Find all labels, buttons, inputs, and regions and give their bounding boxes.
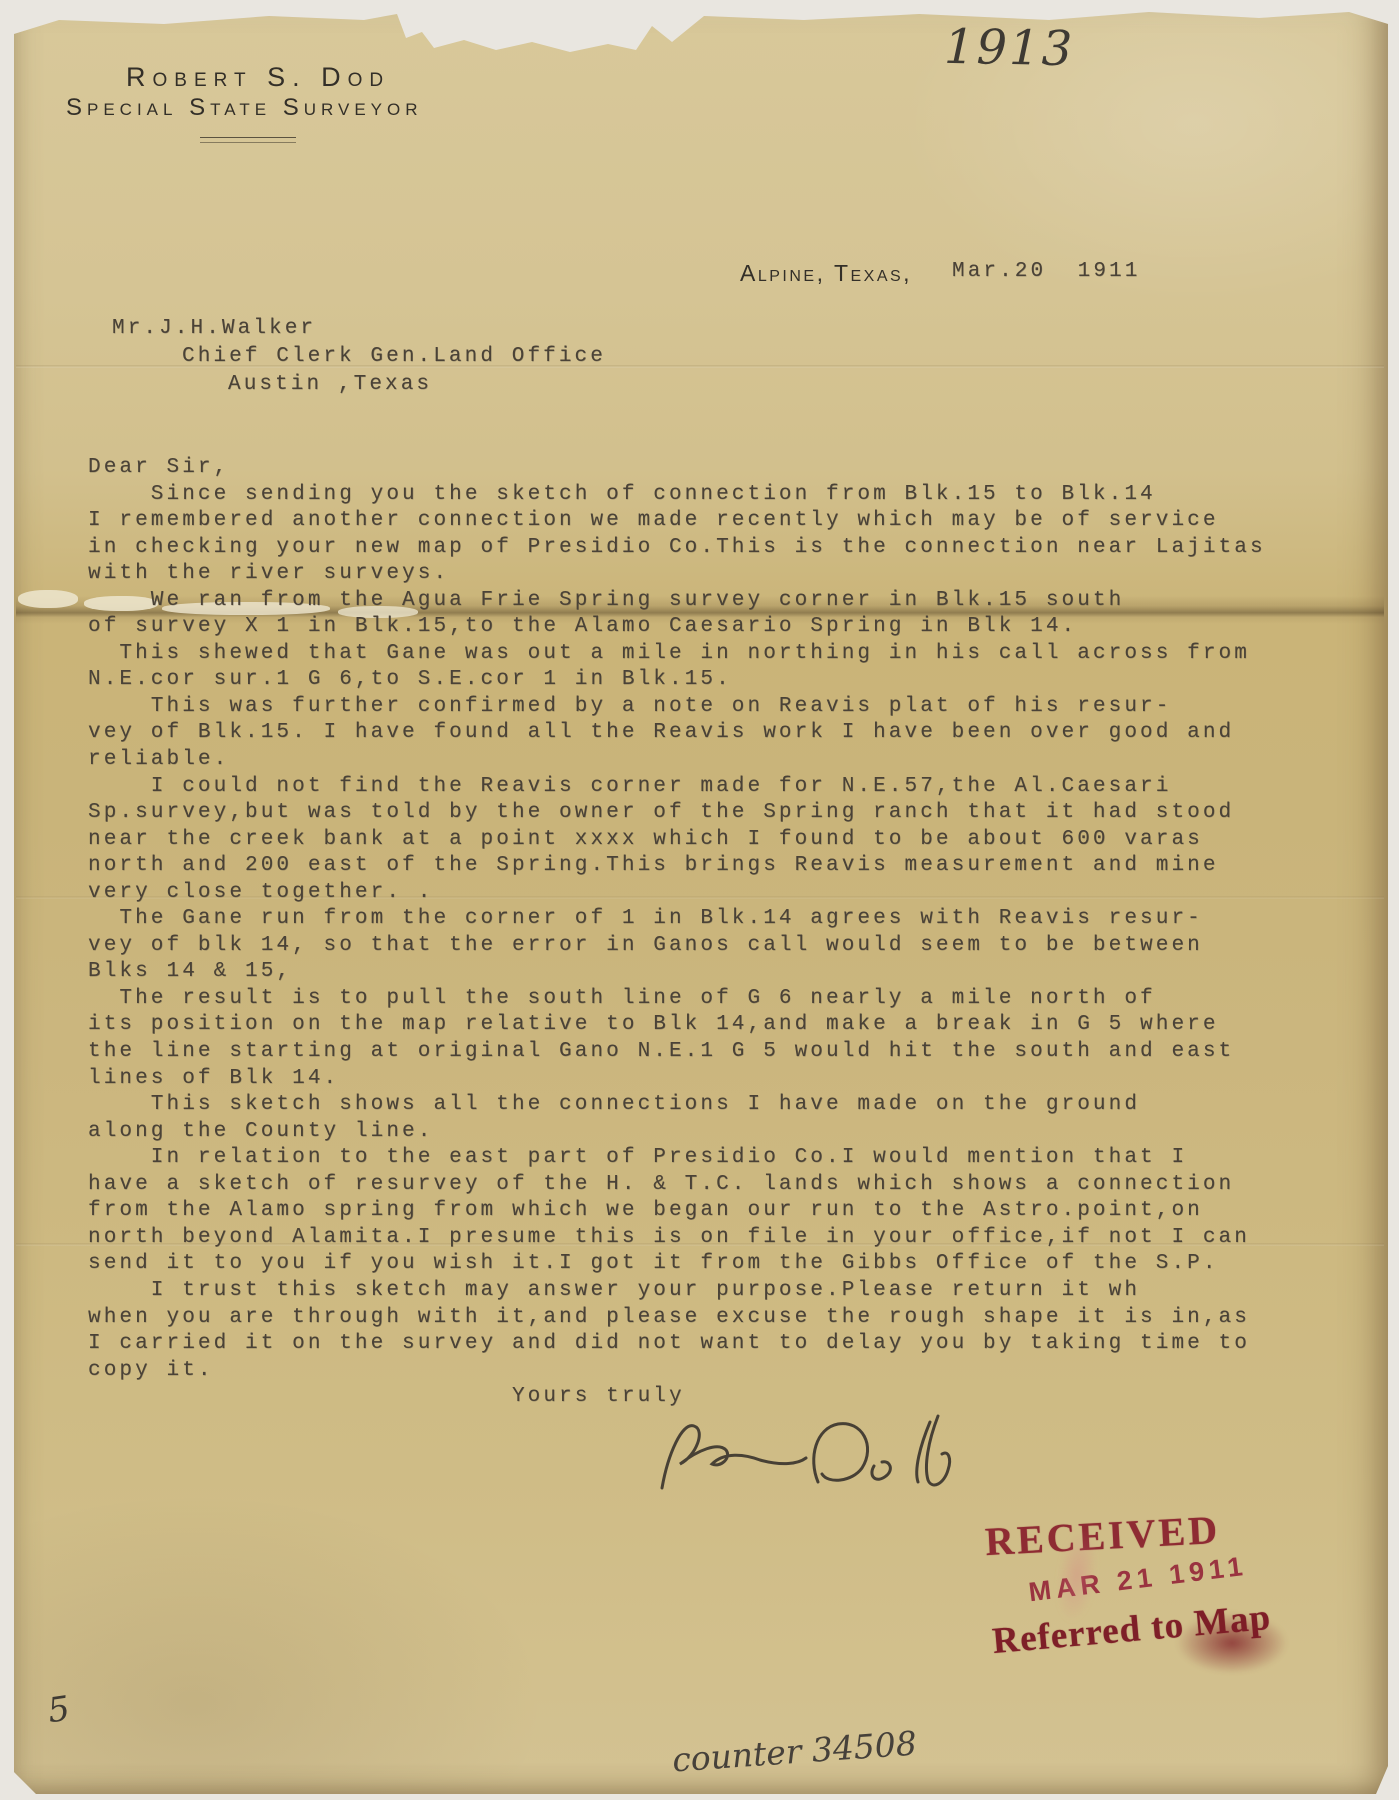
dateline-place: Alpine, Texas, xyxy=(740,260,912,287)
handwritten-year-annotation: 1913 xyxy=(944,19,1075,77)
fold-tear xyxy=(18,590,78,608)
dateline-date: Mar.20 1911 xyxy=(952,259,1140,286)
letter-body: Dear Sir, Since sending you the sketch o… xyxy=(88,455,1266,1411)
letterhead-rule xyxy=(200,137,296,143)
letterhead-title: Special State Surveyor xyxy=(66,94,423,122)
letterhead-name: Robert S. Dod xyxy=(126,62,390,93)
signature xyxy=(648,1402,958,1517)
scanned-letter-page: { "annotations": { "year": "1913", "coun… xyxy=(0,0,1399,1800)
recipient-city: Austin ,Texas xyxy=(228,372,432,399)
recipient-name: Mr.J.H.Walker xyxy=(112,316,316,343)
recipient-title: Chief Clerk Gen.Land Office xyxy=(182,344,606,371)
